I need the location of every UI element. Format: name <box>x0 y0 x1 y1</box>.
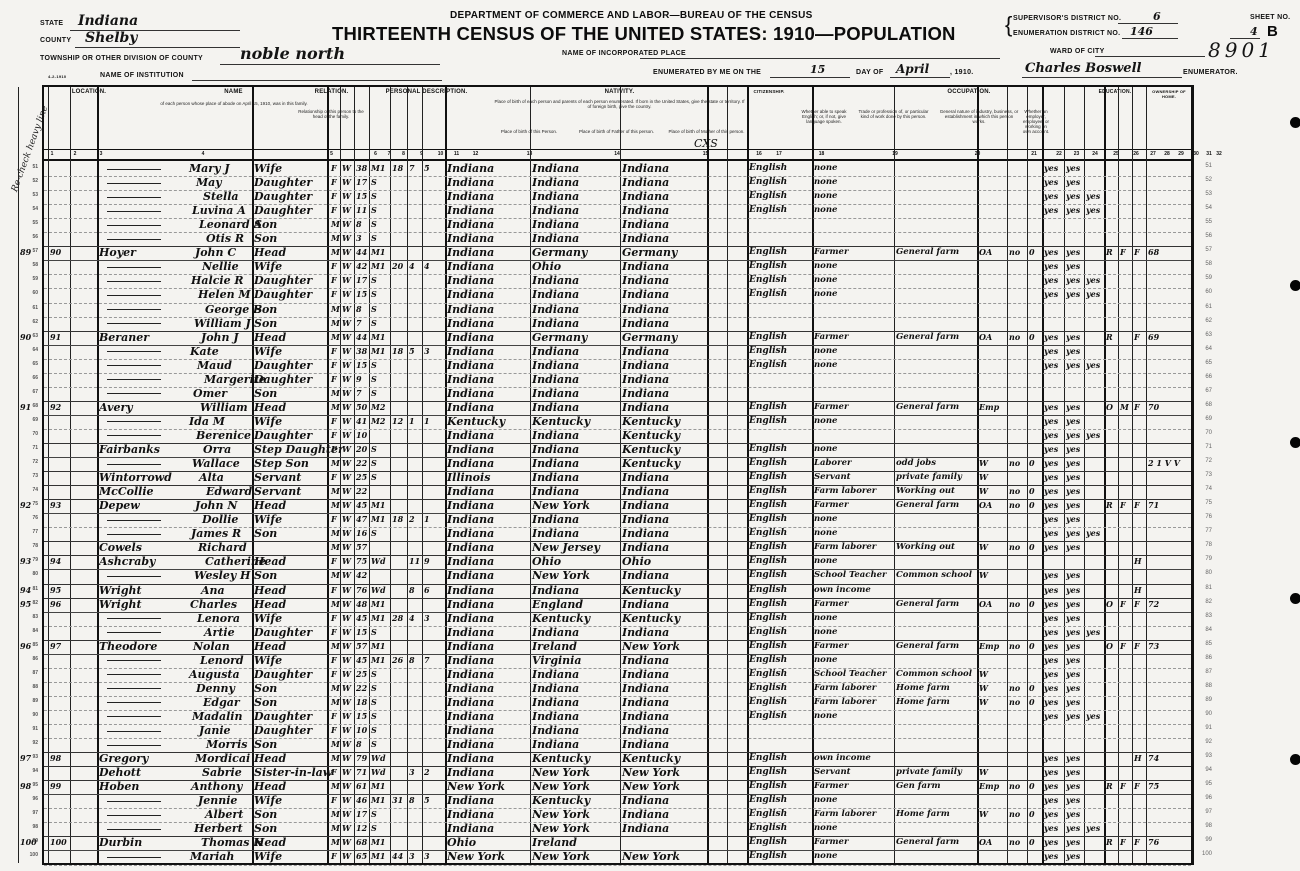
cell-relation: Head <box>254 780 286 793</box>
cell-weeks: 0 <box>1029 640 1035 653</box>
cell-relation: Wife <box>254 415 282 428</box>
cell-birth: Indiana <box>447 808 494 821</box>
cell-race: W <box>342 288 351 301</box>
cell-age: 25 <box>356 668 367 681</box>
cell-mother-birth: Indiana <box>622 598 669 611</box>
line-number-left: 53 <box>24 192 38 198</box>
cell-years-married: 18 <box>392 162 403 175</box>
line-number-left: 68 <box>24 403 38 409</box>
cell-father-birth: Indiana <box>532 626 579 639</box>
cell-marital: M1 <box>371 513 385 526</box>
cell-father-birth: Indiana <box>532 738 579 751</box>
cell-language: English <box>749 612 787 625</box>
cell-read: yes <box>1044 752 1058 765</box>
cell-sex: F <box>331 443 337 456</box>
line-number: 91 <box>1198 725 1212 731</box>
cell-children-living: 2 <box>424 766 430 779</box>
table-row: 9697TheodoreNolanHeadMW57M1IndianaIrelan… <box>44 640 1191 654</box>
table-row: WintorrowdAltaServantFW25SIllinoisIndian… <box>44 471 1191 485</box>
cell-trade: none <box>814 176 837 189</box>
line-number-left: 93 <box>24 754 38 760</box>
line-number: 60 <box>1198 289 1212 295</box>
table-row: Ida MWifeFW41M21211KentuckyKentuckyKentu… <box>44 415 1191 429</box>
cell-given: Helen M <box>198 288 251 301</box>
cell-language: English <box>749 176 787 189</box>
cell-read: yes <box>1044 822 1058 835</box>
cell-mother-birth: Indiana <box>622 822 669 835</box>
cell-relation: Son <box>254 822 277 835</box>
cell-relation: Head <box>254 555 286 568</box>
cell-marital: S <box>371 373 377 386</box>
table-row: McCollieEdwardServantMW22IndianaIndianaI… <box>44 485 1191 499</box>
cell-birth: Indiana <box>447 317 494 330</box>
line-number-left: 87 <box>24 670 38 676</box>
line-number: 68 <box>1198 402 1212 408</box>
cell-read: yes <box>1044 345 1058 358</box>
cell-language: English <box>749 584 787 597</box>
cell-years-married: 28 <box>392 612 403 625</box>
cell-given: William J <box>194 317 251 330</box>
cell-mother-birth: Indiana <box>622 373 669 386</box>
cell-sex: F <box>331 429 337 442</box>
cell-industry: General farm <box>896 401 959 414</box>
cell-mother-birth: New York <box>622 640 680 653</box>
cell-surname: Beraner <box>99 331 149 344</box>
cell-read: yes <box>1044 457 1058 470</box>
cell-marital: S <box>371 738 377 751</box>
cell-age: 79 <box>356 752 367 765</box>
cell-read: yes <box>1044 471 1058 484</box>
line-number-left: 56 <box>24 234 38 240</box>
column-number: 15 <box>662 151 749 157</box>
cell-sex: F <box>331 724 337 737</box>
cell-employer: W <box>979 471 988 484</box>
cell-relation: Wife <box>254 345 282 358</box>
cell-read: yes <box>1044 246 1058 259</box>
cell-language: English <box>749 204 787 217</box>
cell-children-born: 4 <box>409 260 415 273</box>
cell-write: yes <box>1066 654 1080 667</box>
cell-birth: Indiana <box>447 598 494 611</box>
cell-employer: W <box>979 766 988 779</box>
cell-trade: Farmer <box>814 598 848 611</box>
line-number-left: 71 <box>24 445 38 451</box>
cell-sex: F <box>331 710 337 723</box>
cell-marital: S <box>371 682 377 695</box>
line-number-left: 83 <box>24 614 38 620</box>
cell-mother-birth: Indiana <box>622 696 669 709</box>
cell-race: W <box>342 176 351 189</box>
cell-birth: Indiana <box>447 485 494 498</box>
cell-write: yes <box>1066 584 1080 597</box>
cell-mother-birth: Indiana <box>622 218 669 231</box>
cell-write: yes <box>1066 457 1080 470</box>
cell-out-of-work: no <box>1009 485 1020 498</box>
ditto-mark <box>107 429 169 442</box>
cell-write: yes <box>1066 331 1080 344</box>
ditto-mark <box>107 260 169 273</box>
cell-father-birth: Indiana <box>532 274 579 287</box>
line-number-left: 66 <box>24 375 38 381</box>
cell-read: yes <box>1044 527 1058 540</box>
cell-years-married: 12 <box>392 415 403 428</box>
cell-sex: M <box>331 499 340 512</box>
cell-children-born: 3 <box>409 850 415 863</box>
column-number: 26 <box>1126 151 1146 157</box>
ditto-mark <box>107 626 169 639</box>
line-number-left: 61 <box>24 305 38 311</box>
cell-race: W <box>342 794 351 807</box>
cell-race: W <box>342 780 351 793</box>
cell-age: 16 <box>356 527 367 540</box>
cell-mother-birth: Indiana <box>622 527 669 540</box>
cell-mother-birth: Germany <box>622 331 677 344</box>
cell-father-birth: Indiana <box>532 457 579 470</box>
enumerator-name: Charles Boswell <box>1025 61 1141 76</box>
cell-out-of-work: no <box>1009 499 1020 512</box>
cell-marital: M1 <box>371 246 385 259</box>
cell-father-birth: Indiana <box>532 232 579 245</box>
cell-sex: F <box>331 176 337 189</box>
cell-read: yes <box>1044 850 1058 863</box>
cell-marital: S <box>371 288 377 301</box>
cell-age: 38 <box>356 162 367 175</box>
cell-language: English <box>749 640 787 653</box>
cell-age: 42 <box>356 260 367 273</box>
line-number-left: 80 <box>24 571 38 577</box>
line-number: 51 <box>1198 163 1212 169</box>
cell-language: English <box>749 850 787 863</box>
cell-trade: Farmer <box>814 401 848 414</box>
cell-weeks: 0 <box>1029 808 1035 821</box>
cell-given: Albert <box>205 808 243 821</box>
sheet-value: 4 <box>1250 25 1258 38</box>
line-number-left: 65 <box>24 361 38 367</box>
cell-birth: Indiana <box>447 176 494 189</box>
cell-read: yes <box>1044 598 1058 611</box>
cell-marital: M1 <box>371 780 385 793</box>
cell-age: 25 <box>356 471 367 484</box>
column-number: 5 <box>294 151 369 157</box>
ditto-mark <box>107 176 169 189</box>
cell-trade: Farm laborer <box>814 541 876 554</box>
line-number: 92 <box>1198 739 1212 745</box>
cell-mother-birth: Indiana <box>622 654 669 667</box>
cell-given: Nellie <box>202 260 239 273</box>
cell-read: yes <box>1044 513 1058 526</box>
cell-birth: Indiana <box>447 584 494 597</box>
cell-language: English <box>749 331 787 344</box>
cell-relation: Daughter <box>254 710 312 723</box>
cell-race: W <box>342 246 351 259</box>
cell-relation: Son <box>254 808 277 821</box>
cell-father-birth: Indiana <box>532 288 579 301</box>
cell-sex: M <box>331 808 340 821</box>
table-row: George BSonMW8SIndianaIndianaIndiana <box>44 303 1191 317</box>
cell-industry: General farm <box>896 598 959 611</box>
cell-birth: Indiana <box>447 443 494 456</box>
form-code: 4-2-1910 <box>48 74 66 79</box>
cell-father-birth: Indiana <box>532 204 579 217</box>
cell-trade: School Teacher <box>814 569 887 582</box>
table-row: 9192AveryWilliamHeadMW50M2IndianaIndiana… <box>44 401 1191 415</box>
cell-father-birth: Virginia <box>532 654 582 667</box>
cell-schedule: 74 <box>1148 752 1159 765</box>
cell-years-married: 26 <box>392 654 403 667</box>
table-row: DollieWifeFW47M11821IndianaIndianaIndian… <box>44 513 1191 527</box>
cell-given: Mordicai <box>195 752 250 765</box>
cell-mother-birth: Indiana <box>622 359 669 372</box>
cell-write: yes <box>1066 598 1080 611</box>
cell-school: yes <box>1086 822 1100 835</box>
cell-age: 15 <box>356 710 367 723</box>
cell-farm: F <box>1134 331 1140 344</box>
cell-children-living: 9 <box>424 555 430 568</box>
table-row: MariahWifeFW65M14433New YorkNew YorkNew … <box>44 850 1191 864</box>
ditto-mark <box>107 724 169 737</box>
cell-sex: F <box>331 612 337 625</box>
cell-father-birth: New York <box>532 569 590 582</box>
cell-race: W <box>342 485 351 498</box>
cell-father-birth: Indiana <box>532 443 579 456</box>
ditto-mark <box>107 317 169 330</box>
cell-industry: Common school <box>896 668 972 681</box>
cell-relation: Son <box>254 303 277 316</box>
cell-age: 17 <box>356 274 367 287</box>
cell-birth: Indiana <box>447 668 494 681</box>
cell-given: Leonard A <box>199 218 262 231</box>
cell-weeks: 0 <box>1029 331 1035 344</box>
line-number: 66 <box>1198 374 1212 380</box>
cell-relation: Son <box>254 738 277 751</box>
cell-out-of-work: no <box>1009 331 1020 344</box>
line-number-left: 86 <box>24 656 38 662</box>
cell-mother-birth: Kentucky <box>622 457 680 470</box>
cell-out-of-work: no <box>1009 541 1020 554</box>
table-row: 9394AshcrabyCatherineHeadFW75Wd119Indian… <box>44 555 1191 569</box>
table-row: Wesley HSonMW42IndianaNew YorkIndianaEng… <box>44 569 1191 583</box>
year-label: , 1910. <box>950 69 974 76</box>
cell-read: yes <box>1044 288 1058 301</box>
column-number: 29 <box>1174 151 1188 157</box>
line-number: 69 <box>1198 416 1212 422</box>
cell-given: Maud <box>197 359 232 372</box>
cell-read: yes <box>1044 443 1058 456</box>
cell-surname: Avery <box>99 401 133 414</box>
cell-marital: M1 <box>371 850 385 863</box>
cell-trade: none <box>814 204 837 217</box>
cell-weeks: 0 <box>1029 780 1035 793</box>
cell-read: yes <box>1044 429 1058 442</box>
cell-marital: S <box>371 710 377 723</box>
cell-employer: W <box>979 569 988 582</box>
cell-weeks: 0 <box>1029 598 1035 611</box>
cell-relation: Daughter <box>254 626 312 639</box>
cell-given: Berenice <box>196 429 251 442</box>
cell-mother-birth: Indiana <box>622 288 669 301</box>
cell-write: yes <box>1066 640 1080 653</box>
cell-read: yes <box>1044 569 1058 582</box>
line-number: 54 <box>1198 205 1212 211</box>
ditto-mark <box>107 218 169 231</box>
line-number: 74 <box>1198 486 1212 492</box>
column-number: 1 <box>44 151 60 157</box>
cell-trade: none <box>814 555 837 568</box>
cell-read: yes <box>1044 331 1058 344</box>
table-row: MayDaughterFW17SIndianaIndianaIndianaEng… <box>44 176 1191 190</box>
cell-trade: none <box>814 162 837 175</box>
cell-language: English <box>749 654 787 667</box>
cell-read: yes <box>1044 584 1058 597</box>
county-label: County <box>40 37 71 44</box>
cell-mother-birth: Indiana <box>622 710 669 723</box>
cell-read: yes <box>1044 415 1058 428</box>
cell-age: 57 <box>356 541 367 554</box>
cell-race: W <box>342 317 351 330</box>
line-number: 57 <box>1198 247 1212 253</box>
cell-sex: M <box>331 738 340 751</box>
cell-sex: M <box>331 682 340 695</box>
column-number: 18 <box>789 151 854 157</box>
cell-race: W <box>342 822 351 835</box>
cell-farm: F <box>1134 598 1140 611</box>
cell-father-birth: Indiana <box>532 668 579 681</box>
cell-relation: Son <box>254 696 277 709</box>
cell-father-birth: Kentucky <box>532 752 590 765</box>
table-row: LenoraWifeFW45M12843IndianaKentuckyKentu… <box>44 612 1191 626</box>
ditto-mark <box>107 190 169 203</box>
ditto-mark <box>107 162 169 175</box>
cell-relation: Head <box>254 752 286 765</box>
line-number-left: 96 <box>24 796 38 802</box>
ditto-mark <box>107 654 169 667</box>
cell-sex: M <box>331 822 340 835</box>
cell-relation: Daughter <box>254 176 312 189</box>
cell-given: Wesley H <box>194 569 250 582</box>
cell-sex: F <box>331 204 337 217</box>
cell-relation: Son <box>254 387 277 400</box>
line-number-left: 51 <box>24 164 38 170</box>
cell-age: 8 <box>356 738 362 751</box>
cell-race: W <box>342 387 351 400</box>
cell-age: 47 <box>356 513 367 526</box>
cell-out-of-work: no <box>1009 808 1020 821</box>
ditto-mark <box>107 274 169 287</box>
cell-surname: Hoyer <box>99 246 136 259</box>
cell-race: W <box>342 499 351 512</box>
line-number-left: 73 <box>24 473 38 479</box>
table-row: MargeriteDaughterFW9SIndianaIndianaIndia… <box>44 373 1191 387</box>
cell-race: W <box>342 373 351 386</box>
line-number-left: 54 <box>24 206 38 212</box>
table-row: James RSonMW16SIndianaIndianaIndianaEngl… <box>44 527 1191 541</box>
cell-employer: OA <box>979 331 992 344</box>
cell-birth: Indiana <box>447 738 494 751</box>
cell-given: John N <box>195 499 237 512</box>
cell-language: English <box>749 345 787 358</box>
cell-read: yes <box>1044 485 1058 498</box>
cell-read: yes <box>1044 682 1058 695</box>
state-label: State <box>40 20 63 27</box>
cell-birth: Indiana <box>447 331 494 344</box>
cell-out-of-work: no <box>1009 246 1020 259</box>
cell-owned: O <box>1106 598 1113 611</box>
cell-mother-birth: Indiana <box>622 232 669 245</box>
line-number-left: 77 <box>24 529 38 535</box>
cell-age: 15 <box>356 288 367 301</box>
cell-birth: Indiana <box>447 499 494 512</box>
table-row: Luvina ADaughterFW11SIndianaIndianaIndia… <box>44 204 1191 218</box>
cell-farm: H <box>1134 752 1142 765</box>
ditto-mark <box>107 738 169 751</box>
cell-read: yes <box>1044 274 1058 287</box>
line-number-left: 74 <box>24 487 38 493</box>
cell-children-living: 5 <box>424 794 430 807</box>
cell-trade: Farmer <box>814 780 848 793</box>
cell-surname: Durbin <box>99 836 142 849</box>
cell-age: 17 <box>356 808 367 821</box>
cell-language: English <box>749 513 787 526</box>
ditto-mark <box>107 794 169 807</box>
table-row: EdgarSonMW18SIndianaIndianaIndianaEnglis… <box>44 696 1191 710</box>
cell-marital: Wd <box>371 555 386 568</box>
cell-years-married: 18 <box>392 345 403 358</box>
cell-father-birth: Kentucky <box>532 612 590 625</box>
table-row: OmerSonMW7SIndianaIndianaIndiana <box>44 387 1191 401</box>
cell-birth: Indiana <box>447 232 494 245</box>
cell-given: Luvina A <box>192 204 246 217</box>
cell-birth: New York <box>447 780 505 793</box>
cell-relation: Daughter <box>254 359 312 372</box>
cell-mother-birth: Indiana <box>622 303 669 316</box>
cell-age: 15 <box>356 190 367 203</box>
cell-out-of-work: no <box>1009 836 1020 849</box>
cell-race: W <box>342 401 351 414</box>
line-number: 90 <box>1198 711 1212 717</box>
table-row: 9091BeranerJohn JHeadMW44M1IndianaGerman… <box>44 331 1191 345</box>
cell-age: 7 <box>356 387 362 400</box>
line-number: 72 <box>1198 458 1212 464</box>
cell-trade: none <box>814 274 837 287</box>
cell-sex: M <box>331 331 340 344</box>
header-occupation: Occupation. <box>854 89 1084 95</box>
cell-employer: OA <box>979 246 992 259</box>
cell-race: W <box>342 162 351 175</box>
line-number-left: 89 <box>24 698 38 704</box>
cell-children-born: 8 <box>409 654 415 667</box>
cell-trade: none <box>814 626 837 639</box>
cell-sex: F <box>331 260 337 273</box>
cell-marital: S <box>371 176 377 189</box>
cell-race: W <box>342 331 351 344</box>
cell-surname: Cowels <box>99 541 142 554</box>
ditto-mark <box>107 232 169 245</box>
line-number-left: 78 <box>24 543 38 549</box>
cell-birth: Indiana <box>447 260 494 273</box>
cell-industry: Common school <box>896 569 972 582</box>
cell-marital: S <box>371 724 377 737</box>
line-number-left: 76 <box>24 515 38 521</box>
cell-marital: S <box>371 359 377 372</box>
line-number: 82 <box>1198 599 1212 605</box>
cell-race: W <box>342 303 351 316</box>
cell-marital: M1 <box>371 612 385 625</box>
cell-race: W <box>342 345 351 358</box>
cell-trade: none <box>814 654 837 667</box>
cell-schedule: 71 <box>1148 499 1159 512</box>
cell-given: Richard <box>198 541 247 554</box>
cell-family: 98 <box>50 752 61 765</box>
